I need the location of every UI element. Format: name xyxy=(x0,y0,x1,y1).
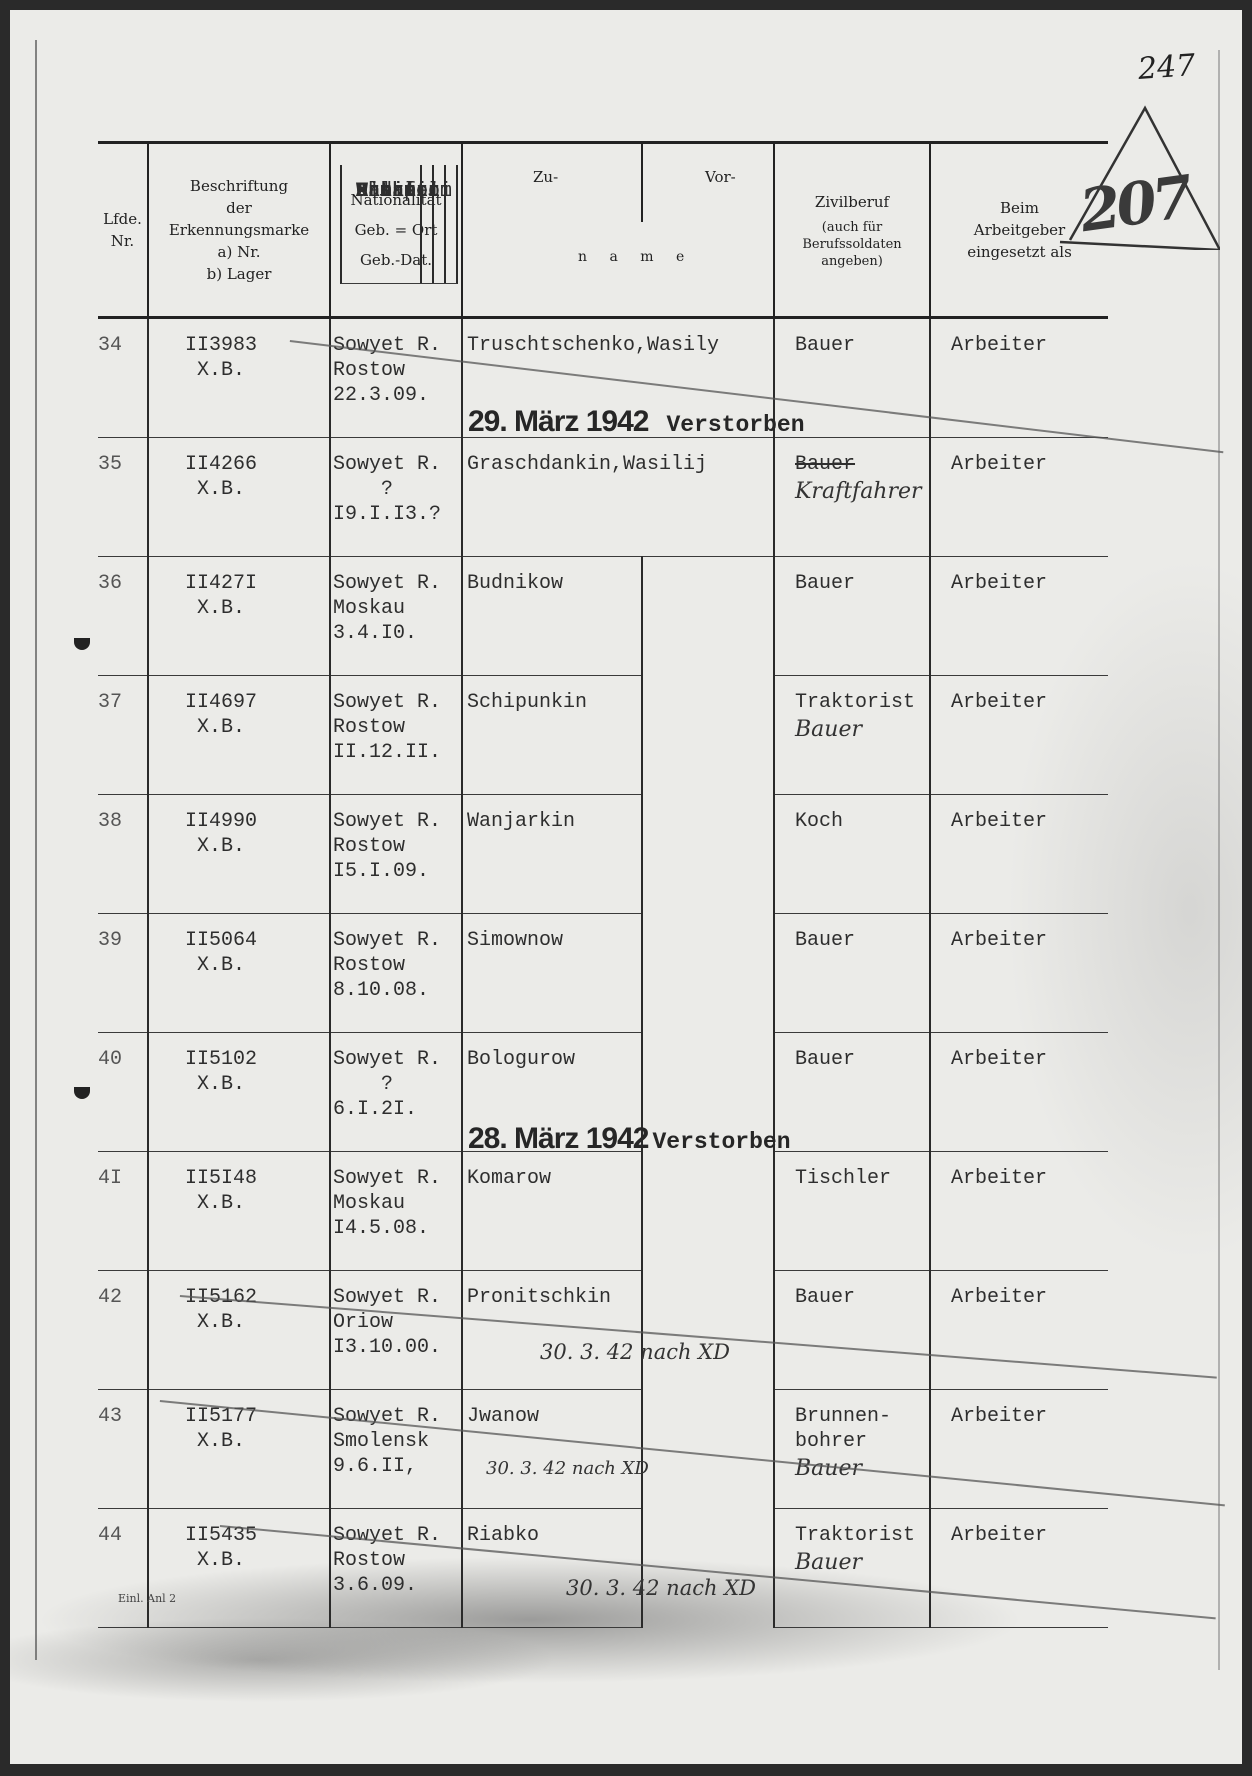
beruf-handwritten: Bauer xyxy=(795,1550,925,1575)
marke-nr: II5064 xyxy=(153,928,289,953)
marke-nr: II4990 xyxy=(153,809,289,834)
marke-nr: II4266 xyxy=(153,452,289,477)
cell-zuname: Jwanow xyxy=(462,1390,642,1509)
beruf-typed: Bauer xyxy=(795,1285,905,1310)
geb-dat: I5.I.09. xyxy=(333,859,457,884)
cell-zivilberuf: Bauer xyxy=(774,557,930,676)
marke-lager: X.B. xyxy=(153,358,289,383)
cell-zuname: Wanjarkin xyxy=(462,795,642,914)
cell-nationalitaet: Sowyet R. Smolensk 9.6.II, xyxy=(330,1390,462,1509)
marke-lager: X.B. xyxy=(153,1548,289,1573)
nationalitaet: Sowyet R. xyxy=(333,1285,457,1310)
nationalitaet: Sowyet R. xyxy=(333,809,457,834)
cell-zuname: Komarow xyxy=(462,1152,642,1271)
transfer-note-row-42: 30. 3. 42 nach XD xyxy=(540,1340,730,1364)
cell-nationalitaet: Sowyet R. Rostow 8.10.08. xyxy=(330,914,462,1033)
beruf-typed: Bauer xyxy=(795,928,905,953)
beruf-typed: Bauer xyxy=(795,571,905,596)
geb-dat: II.12.II. xyxy=(333,740,457,765)
cell-zivilberuf: TraktoristBauer xyxy=(774,676,930,795)
nationalitaet: Sowyet R. xyxy=(333,690,457,715)
cell-lfd-nr: 44 xyxy=(98,1509,148,1628)
geb-ort: Moskau xyxy=(333,596,457,621)
nationalitaet: Sowyet R. xyxy=(333,1166,457,1191)
beruf-typed: Bauer xyxy=(795,333,905,358)
page-number: 247 xyxy=(1137,48,1197,87)
beruf-typed: Koch xyxy=(795,809,905,834)
table-row: 44 II5435 X.B. Sowyet R. Rostow 3.6.09. … xyxy=(98,1509,1108,1628)
cell-zivilberuf: Koch xyxy=(774,795,930,914)
cell-nationalitaet: Sowyet R. ? I9.I.I3.? xyxy=(330,438,462,557)
marke-lager: X.B. xyxy=(153,596,289,621)
nationalitaet: Sowyet R. xyxy=(333,571,457,596)
header-name-divider xyxy=(641,144,643,222)
cell-arbeitgeber: Arbeiter xyxy=(930,1033,1108,1152)
cell-lfd-nr: 37 xyxy=(98,676,148,795)
table-row: 36 II427I X.B. Sowyet R. Moskau 3.4.I0. … xyxy=(98,557,1108,676)
nationalitaet: Sowyet R. xyxy=(333,928,457,953)
cell-erkennungsmarke: II5162 X.B. xyxy=(148,1271,330,1390)
marke-nr: II3983 xyxy=(153,333,289,358)
geb-ort: Moskau xyxy=(333,1191,457,1216)
cell-nationalitaet: Sowyet R. Rostow 22.3.09. xyxy=(330,318,462,438)
cell-arbeitgeber: Arbeiter xyxy=(930,438,1108,557)
table-row: 35 II4266 X.B. Sowyet R. ? I9.I.I3.? Gra… xyxy=(98,438,1108,557)
header-zuname: Zu- xyxy=(533,166,558,188)
cell-arbeitgeber: Arbeiter xyxy=(930,914,1108,1033)
cell-lfd-nr: 38 xyxy=(98,795,148,914)
marke-lager: X.B. xyxy=(153,1310,289,1335)
header-vorname: Vor- xyxy=(705,166,736,188)
cell-nationalitaet: Sowyet R. Rostow I5.I.09. xyxy=(330,795,462,914)
beruf-typed: Traktorist xyxy=(795,1523,905,1548)
cell-lfd-nr: 39 xyxy=(98,914,148,1033)
cell-zivilberuf: Brunnen-bohrerBauer xyxy=(774,1390,930,1509)
table-row: 39 II5064 X.B. Sowyet R. Rostow 8.10.08.… xyxy=(98,914,1108,1033)
table-row: 43 II5177 X.B. Sowyet R. Smolensk 9.6.II… xyxy=(98,1390,1108,1509)
beruf-typed: Tischler xyxy=(795,1166,905,1191)
punch-hole-mark xyxy=(74,638,90,650)
geb-dat: I3.10.00. xyxy=(333,1335,457,1360)
beruf-handwritten: Kraftfahrer xyxy=(795,479,925,504)
cell-lfd-nr: 40 xyxy=(98,1033,148,1152)
cell-nationalitaet: Sowyet R. Rostow 3.6.09. xyxy=(330,1509,462,1628)
geb-ort: Rostow xyxy=(333,953,457,978)
nationalitaet: Sowyet R. xyxy=(333,1047,457,1072)
header-lfd-nr: Lfde. Nr. xyxy=(98,143,148,318)
cell-nationalitaet: Sowyet R. Rostow II.12.II. xyxy=(330,676,462,795)
cell-nationalitaet: Sowyet R. Oriow I3.10.00. xyxy=(330,1271,462,1390)
geb-dat: 8.10.08. xyxy=(333,978,457,1003)
cell-erkennungsmarke: II427I X.B. xyxy=(148,557,330,676)
left-margin-line xyxy=(35,40,37,1660)
marke-lager: X.B. xyxy=(153,477,289,502)
table-row: 4I II5I48 X.B. Sowyet R. Moskau I4.5.08.… xyxy=(98,1152,1108,1271)
cell-arbeitgeber: Arbeiter xyxy=(930,795,1108,914)
cell-lfd-nr: 43 xyxy=(98,1390,148,1509)
marke-lager: X.B. xyxy=(153,715,289,740)
header-name: Zu- Vor- n a m e xyxy=(462,143,774,318)
nationalitaet: Sowyet R. xyxy=(333,452,457,477)
marke-nr: II4697 xyxy=(153,690,289,715)
right-margin-line xyxy=(1218,50,1220,1670)
cell-lfd-nr: 35 xyxy=(98,438,148,557)
cell-arbeitgeber: Arbeiter xyxy=(930,557,1108,676)
geb-dat: 9.6.II, xyxy=(333,1454,457,1479)
beruf-handwritten: Bauer xyxy=(795,717,925,742)
cell-erkennungsmarke: II4266 X.B. xyxy=(148,438,330,557)
geb-dat: 3.6.09. xyxy=(333,1573,457,1598)
cell-erkennungsmarke: II5102 X.B. xyxy=(148,1033,330,1152)
transfer-note-row-44: 30. 3. 42 nach XD xyxy=(566,1576,756,1600)
cell-lfd-nr: 36 xyxy=(98,557,148,676)
cell-arbeitgeber: Arbeiter xyxy=(930,1152,1108,1271)
cell-lfd-nr: 4I xyxy=(98,1152,148,1271)
geb-dat: I9.I.I3.? xyxy=(333,502,457,527)
cell-zivilberuf: Bauer xyxy=(774,914,930,1033)
death-stamp-row-40: 28. März 1942Verstorben xyxy=(468,1122,791,1156)
transfer-note-row-43: 30. 3. 42 nach XD xyxy=(486,1458,649,1479)
geb-dat: 3.4.I0. xyxy=(333,621,457,646)
geb-ort: Rostow xyxy=(333,1548,457,1573)
header-erkennungsmarke: Beschriftung der Erkennungsmarke a) Nr. … xyxy=(148,143,330,318)
cell-erkennungsmarke: II5I48 X.B. xyxy=(148,1152,330,1271)
cell-zivilberuf: TraktoristBauer xyxy=(774,1509,930,1628)
geb-ort: ? xyxy=(333,1072,457,1097)
cell-zivilberuf: Tischler xyxy=(774,1152,930,1271)
marke-nr: II5102 xyxy=(153,1047,289,1072)
cell-zuname: Riabko xyxy=(462,1509,642,1628)
geb-dat: I4.5.08. xyxy=(333,1216,457,1241)
table-row: 37 II4697 X.B. Sowyet R. Rostow II.12.II… xyxy=(98,676,1108,795)
nationalitaet: Sowyet R. xyxy=(333,1523,457,1548)
nationalitaet: Sowyet R. xyxy=(333,1404,457,1429)
cell-vorname: Charitom xyxy=(340,165,458,284)
cell-arbeitgeber: Arbeiter xyxy=(930,1509,1108,1628)
cell-lfd-nr: 34 xyxy=(98,318,148,438)
cell-arbeitgeber: Arbeiter xyxy=(930,1271,1108,1390)
beruf-typed: Bauer xyxy=(795,1047,905,1072)
geb-ort: Rostow xyxy=(333,358,457,383)
geb-ort: Smolensk xyxy=(333,1429,457,1454)
cell-zuname: Simownow xyxy=(462,914,642,1033)
cell-erkennungsmarke: II4697 X.B. xyxy=(148,676,330,795)
table-header-row: Lfde. Nr. Beschriftung der Erkennungsmar… xyxy=(98,143,1108,318)
cell-zivilberuf: Bauer xyxy=(774,1033,930,1152)
death-stamp-row-34: 29. März 1942Verstorben xyxy=(468,405,805,439)
register-table: Lfde. Nr. Beschriftung der Erkennungsmar… xyxy=(98,141,1108,1628)
marke-nr: II427I xyxy=(153,571,289,596)
marke-lager: X.B. xyxy=(153,1072,289,1097)
cell-nationalitaet: Sowyet R. ? 6.I.2I. xyxy=(330,1033,462,1152)
form-footer-label: Einl. Anl 2 xyxy=(118,1592,176,1605)
cell-erkennungsmarke: II3983 X.B. xyxy=(148,318,330,438)
cell-arbeitgeber: Arbeiter xyxy=(930,676,1108,795)
geb-ort: Rostow xyxy=(333,834,457,859)
punch-hole-mark xyxy=(74,1087,90,1099)
header-name-label: n a m e xyxy=(578,246,693,268)
geb-dat: 22.3.09. xyxy=(333,383,457,408)
document-page: 247 207 Lfde. Nr. Beschriftung der Erken… xyxy=(10,10,1242,1764)
cell-nationalitaet: Sowyet R. Moskau I4.5.08. xyxy=(330,1152,462,1271)
beruf-typed: Bauer xyxy=(795,452,905,477)
table-row: 38 II4990 X.B. Sowyet R. Rostow I5.I.09.… xyxy=(98,795,1108,914)
cell-nationalitaet: Sowyet R. Moskau 3.4.I0. xyxy=(330,557,462,676)
marke-lager: X.B. xyxy=(153,953,289,978)
geb-ort: ? xyxy=(333,477,457,502)
beruf-typed: Traktorist xyxy=(795,690,905,715)
geb-dat: 6.I.2I. xyxy=(333,1097,457,1122)
header-zivilberuf: Zivilberuf (auch für Berufssoldaten ange… xyxy=(774,143,930,318)
cell-zivilberuf: Bauer xyxy=(774,1271,930,1390)
cell-erkennungsmarke: II4990 X.B. xyxy=(148,795,330,914)
cell-lfd-nr: 42 xyxy=(98,1271,148,1390)
marke-lager: X.B. xyxy=(153,1429,289,1454)
cell-zivilberuf: BauerKraftfahrer xyxy=(774,438,930,557)
cell-zuname: Budnikow xyxy=(462,557,642,676)
marke-nr: II5I48 xyxy=(153,1166,289,1191)
marke-lager: X.B. xyxy=(153,1191,289,1216)
cell-zuname: Schipunkin xyxy=(462,676,642,795)
header-arbeitgeber: Beim Arbeitgeber eingesetzt als xyxy=(930,143,1108,318)
cell-erkennungsmarke: II5064 X.B. xyxy=(148,914,330,1033)
geb-ort: Rostow xyxy=(333,715,457,740)
cell-zuname: Graschdankin,Wasilij xyxy=(462,438,774,557)
marke-lager: X.B. xyxy=(153,834,289,859)
beruf-typed: Brunnen-bohrer xyxy=(795,1404,905,1454)
